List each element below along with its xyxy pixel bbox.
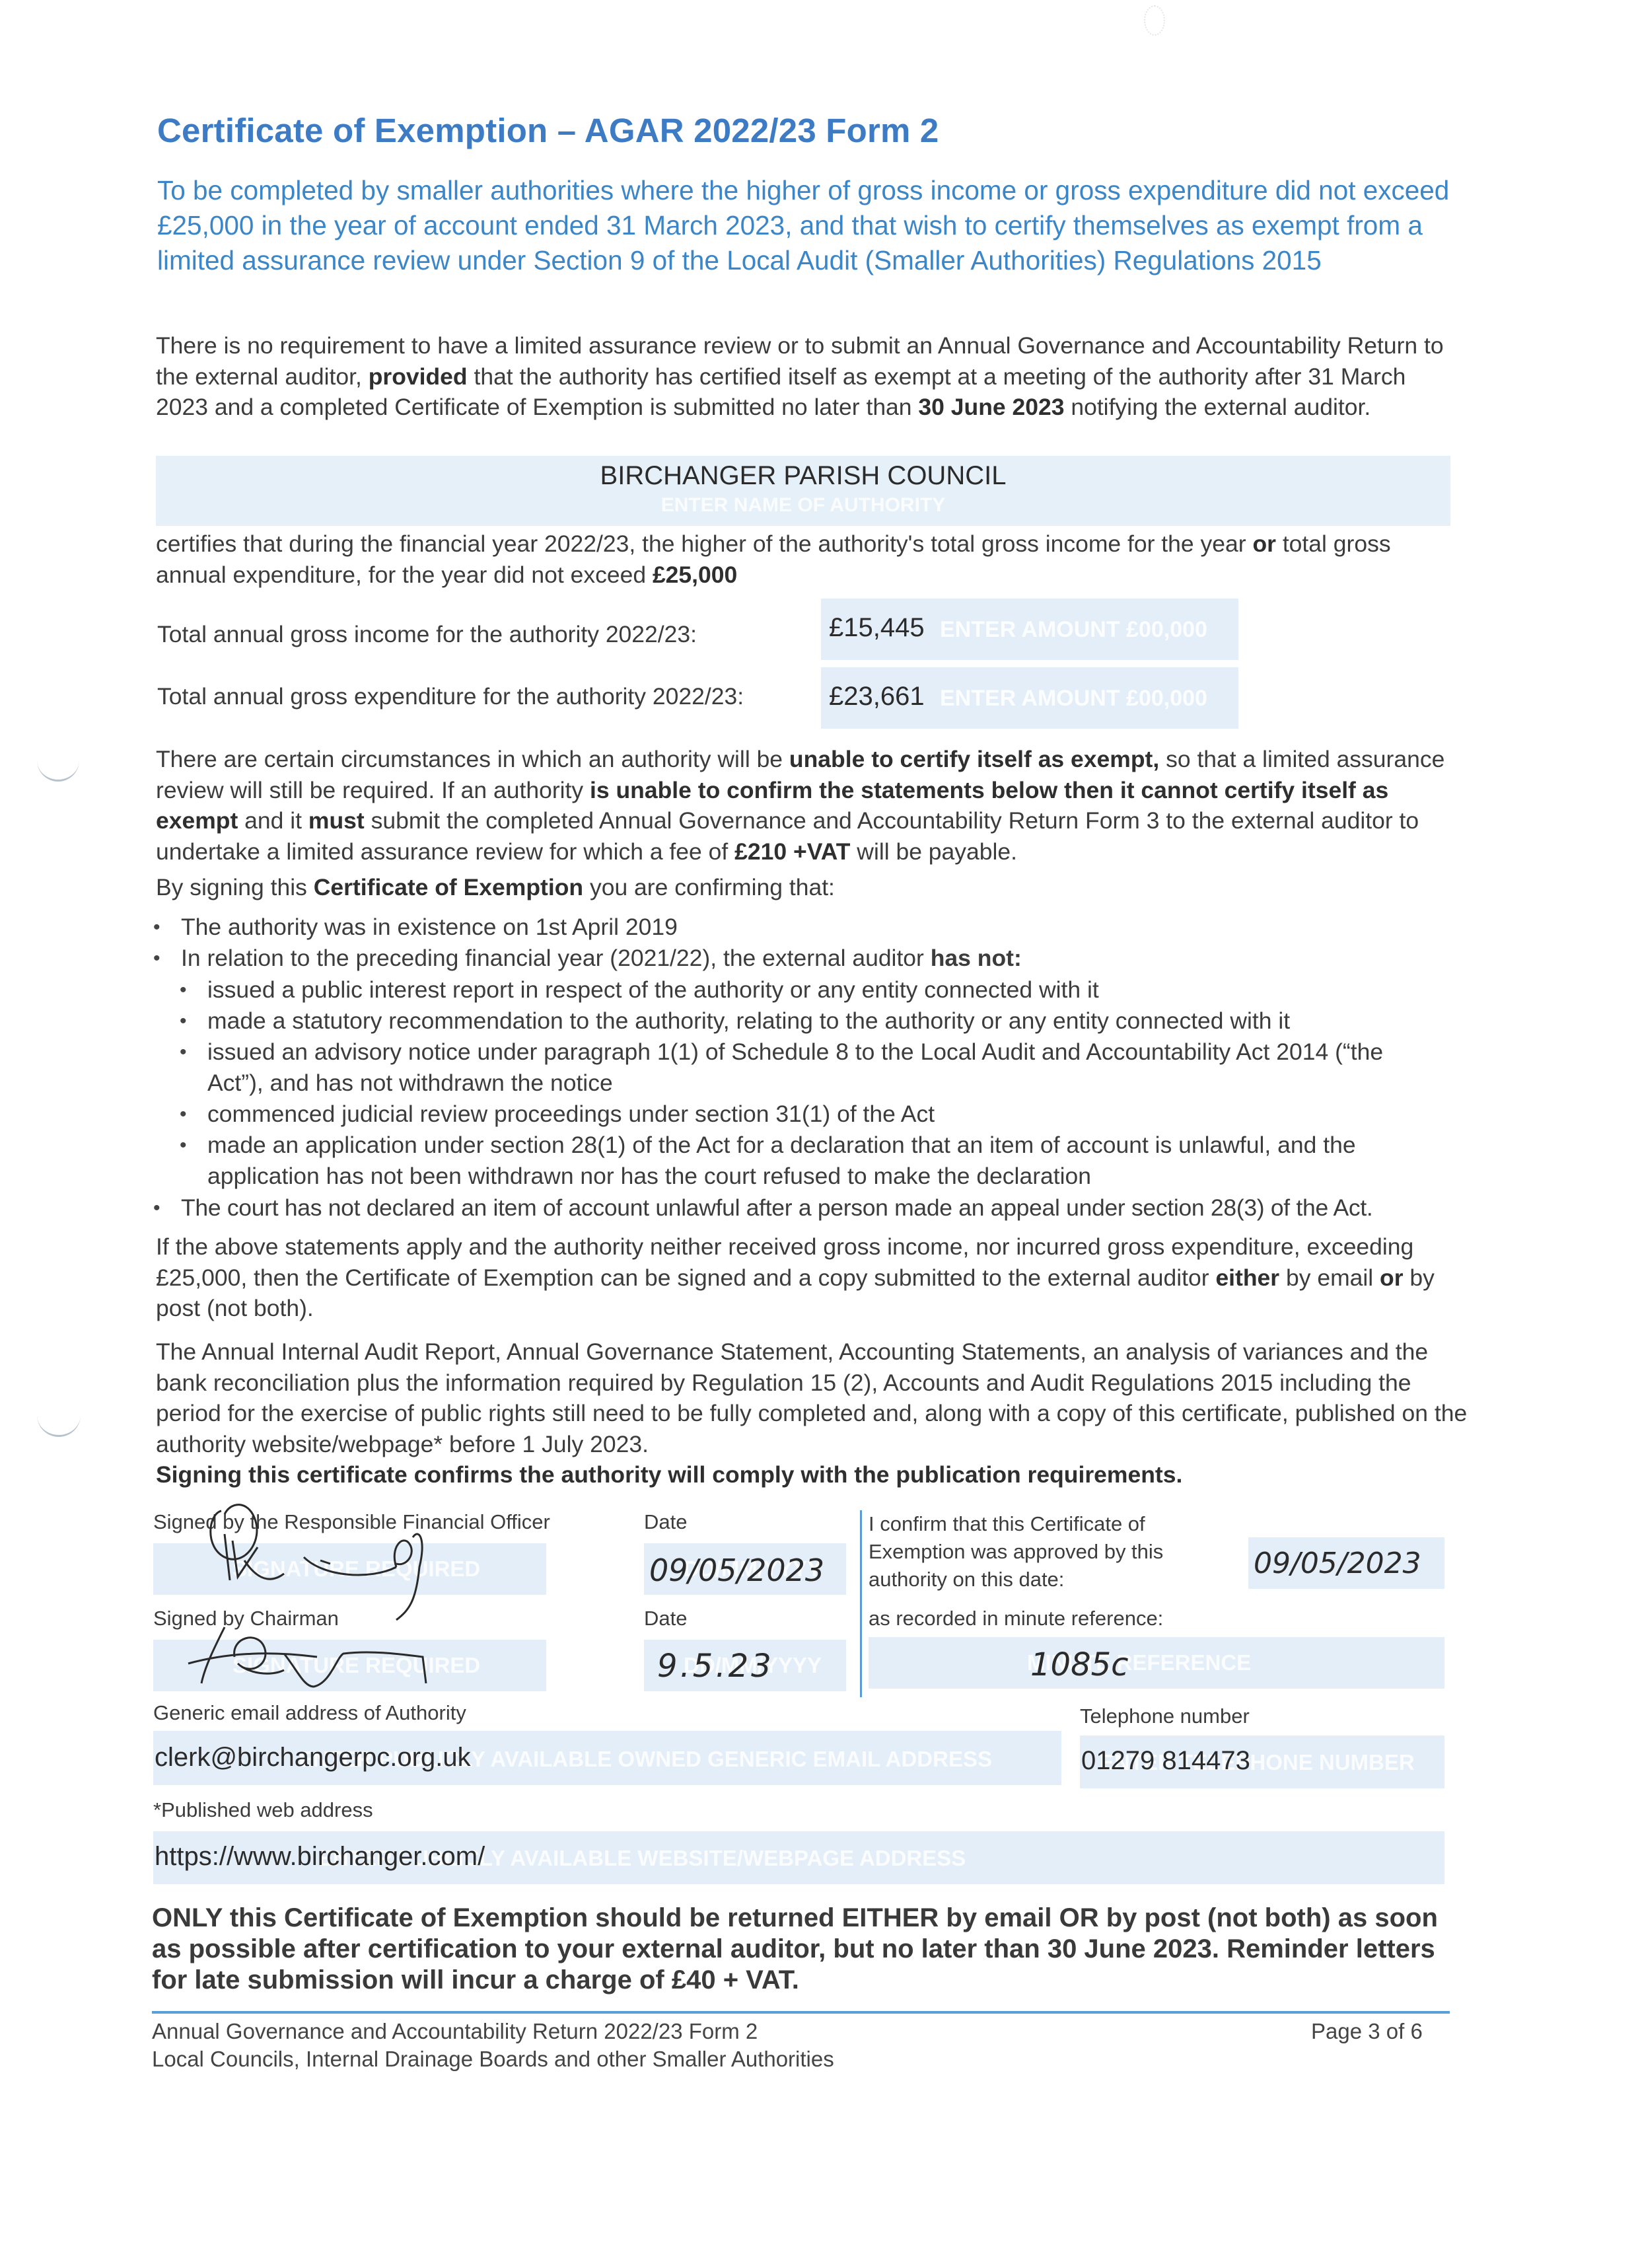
sub-statement-list: issued a public interest report in respe… [180, 974, 1468, 1192]
rfo-date-field[interactable]: DD/MM/YYYY 09/05/2023 [644, 1543, 846, 1595]
chair-date-field[interactable]: DD/MM/YYYY 9.5.23 [644, 1640, 846, 1691]
expenditure-field[interactable]: ENTER AMOUNT £00,000 £23,661 [821, 667, 1238, 729]
statement-list-final: The court has not declared an item of ac… [153, 1192, 1468, 1224]
chair-date-value: 9.5.23 [657, 1648, 774, 1685]
income-placeholder: ENTER AMOUNT £00,000 [940, 617, 1207, 643]
email-field[interactable]: ENTER PUBLICLY AVAILABLE OWNED GENERIC E… [153, 1731, 1061, 1785]
authority-name-placeholder: ENTER NAME OF AUTHORITY [156, 494, 1450, 517]
statement-list: The authority was in existence on 1st Ap… [153, 912, 1468, 974]
income-value: £15,445 [829, 613, 925, 643]
expenditure-placeholder: ENTER AMOUNT £00,000 [940, 686, 1207, 712]
sub-statement-item: issued an advisory notice under paragrap… [180, 1037, 1468, 1099]
footer-line-2: Local Councils, Internal Drainage Boards… [152, 2045, 834, 2073]
authority-name-value: BIRCHANGER PARISH COUNCIL [156, 461, 1450, 491]
hole-punch-mark [37, 758, 79, 782]
page-number: Page 3 of 6 [1311, 2018, 1423, 2045]
expenditure-value: £23,661 [829, 682, 925, 712]
intro-text: To be completed by smaller authorities w… [157, 173, 1452, 278]
rfo-date-label: Date [644, 1510, 687, 1534]
chair-signature-scribble [185, 1617, 528, 1703]
approval-text: I confirm that this Certificate of Exemp… [869, 1510, 1225, 1593]
certifies-paragraph: certifies that during the financial year… [156, 529, 1450, 590]
statement-item: The court has not declared an item of ac… [153, 1192, 1468, 1224]
web-address-label: *Published web address [153, 1798, 373, 1822]
minute-reference-value: 1085c [1030, 1646, 1129, 1683]
income-label: Total annual gross income for the author… [157, 621, 697, 648]
phone-value: 01279 814473 [1081, 1746, 1250, 1776]
minute-reference-label: as recorded in minute reference: [869, 1607, 1163, 1630]
sub-statement-item: made an application under section 28(1) … [180, 1130, 1468, 1192]
approval-date-value: 09/05/2023 [1254, 1547, 1421, 1580]
email-label: Generic email address of Authority [153, 1701, 466, 1725]
statement-item: The authority was in existence on 1st Ap… [153, 912, 1468, 943]
statement-item: In relation to the preceding financial y… [153, 943, 1468, 974]
page-title: Certificate of Exemption – AGAR 2022/23 … [157, 111, 939, 150]
circumstances-paragraph: There are certain circumstances in which… [156, 744, 1470, 867]
scan-speck [1144, 5, 1165, 36]
hole-punch-mark [37, 1414, 81, 1437]
return-notice: ONLY this Certificate of Exemption shoul… [152, 1903, 1473, 1996]
phone-label: Telephone number [1080, 1704, 1250, 1728]
sub-statement-item: made a statutory recommendation to the a… [180, 1006, 1468, 1037]
sub-statement-item: issued a public interest report in respe… [180, 974, 1468, 1006]
sub-statement-item: commenced judicial review proceedings un… [180, 1099, 1468, 1130]
apply-paragraph: If the above statements apply and the au… [156, 1231, 1470, 1324]
approval-date-field[interactable]: 09/05/2023 [1248, 1537, 1444, 1589]
web-address-field[interactable]: ENTER PUBLICLY AVAILABLE WEBSITE/WEBPAGE… [153, 1831, 1444, 1884]
web-address-value: https://www.birchanger.com/ [155, 1842, 485, 1872]
phone-field[interactable]: ENTER TELEPHONE NUMBER 01279 814473 [1080, 1736, 1444, 1788]
footer-text: Annual Governance and Accountability Ret… [152, 2018, 834, 2073]
minute-reference-field[interactable]: MINUTE REFERENCE 1085c [869, 1637, 1444, 1689]
expenditure-label: Total annual gross expenditure for the a… [157, 683, 744, 710]
publication-paragraph: The Annual Internal Audit Report, Annual… [156, 1336, 1470, 1490]
footer-line-1: Annual Governance and Accountability Ret… [152, 2018, 834, 2045]
requirement-paragraph: There is no requirement to have a limite… [156, 330, 1450, 423]
income-field[interactable]: ENTER AMOUNT £00,000 £15,445 [821, 599, 1238, 660]
chair-date-label: Date [644, 1607, 687, 1630]
rfo-date-value: 09/05/2023 [649, 1553, 824, 1588]
approval-divider [860, 1510, 862, 1697]
footer-rule [152, 2011, 1450, 2014]
authority-name-field[interactable]: ENTER NAME OF AUTHORITY BIRCHANGER PARIS… [156, 456, 1450, 526]
confirming-paragraph: By signing this Certificate of Exemption… [156, 872, 1450, 903]
email-value: clerk@birchangerpc.org.uk [155, 1743, 471, 1773]
